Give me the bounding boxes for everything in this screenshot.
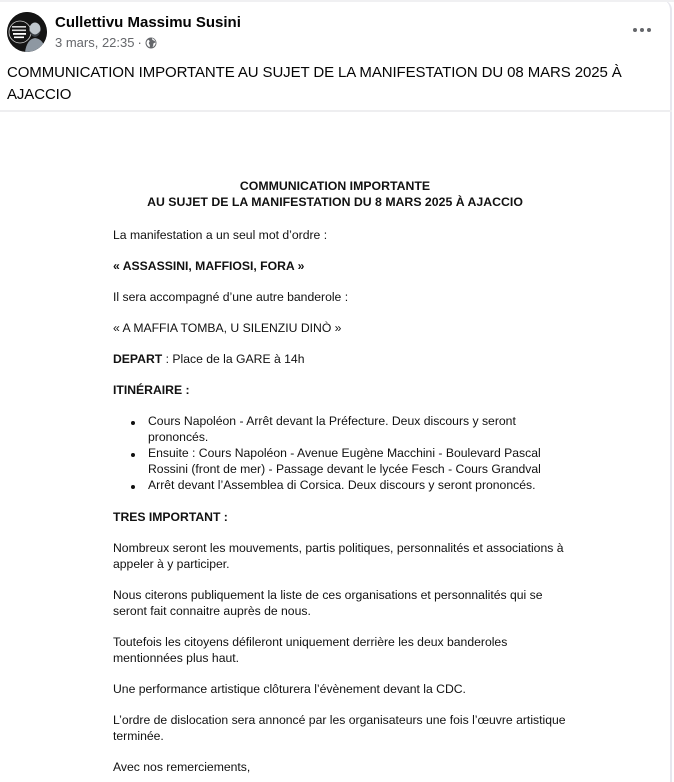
post-meta: 3 mars, 22:35 · (55, 35, 157, 50)
itinerary-item-2-line2: Rossini (front de mer) - Passage devant … (148, 462, 541, 476)
document-intro: La manifestation a un seul mot d’ordre : (113, 228, 327, 242)
paragraph-3-line2: mentionnées plus haut. (113, 651, 239, 665)
post-image-document[interactable]: COMMUNICATION IMPORTANTE AU SUJET DE LA … (0, 112, 670, 782)
paragraph-2-line1: Nous citerons publiquement la liste de c… (113, 588, 543, 602)
important-heading: TRES IMPORTANT : (113, 510, 228, 524)
more-options-button[interactable] (628, 20, 656, 40)
closing-line: Avec nos remerciements, (113, 760, 250, 774)
paragraph-3-line1: Toutefois les citoyens défileront unique… (113, 635, 507, 649)
depart-value: : Place de la GARE à 14h (162, 352, 304, 366)
document-depart: DEPART : Place de la GARE à 14h (113, 352, 304, 366)
timestamp-link[interactable]: 3 mars, 22:35 (55, 35, 135, 50)
depart-label: DEPART (113, 352, 162, 366)
post-text: COMMUNICATION IMPORTANTE AU SUJET DE LA … (7, 62, 647, 106)
avatar[interactable] (7, 12, 47, 52)
more-options-dot (647, 28, 651, 32)
bullet-icon (131, 485, 135, 489)
paragraph-1-line1: Nombreux seront les mouvements, partis p… (113, 541, 564, 555)
document-title-line1: COMMUNICATION IMPORTANTE (0, 179, 670, 193)
bullet-icon (131, 421, 135, 425)
itinerary-item-1-line2: prononcés. (148, 430, 208, 444)
more-options-icon (633, 28, 637, 32)
itinerary-item-2-line1: Ensuite : Cours Napoléon - Avenue Eugène… (148, 446, 541, 460)
paragraph-1-line2: appeler à y participer. (113, 557, 230, 571)
paragraph-4: Une performance artistique clôturera l’é… (113, 682, 466, 696)
post-text-line: AJACCIO (7, 84, 647, 106)
post-text-line: COMMUNICATION IMPORTANTE AU SUJET DE LA … (7, 62, 647, 84)
globe-icon[interactable] (145, 37, 157, 49)
paragraph-5-line2: terminée. (113, 729, 164, 743)
document-slogan: « ASSASSINI, MAFFIOSI, FORA » (113, 259, 304, 273)
document-banner: « A MAFFIA TOMBA, U SILENZIU DINÒ » (113, 321, 341, 335)
paragraph-5-line1: L’ordre de dislocation sera annoncé par … (113, 713, 566, 727)
avatar-image (7, 12, 47, 52)
bullet-icon (131, 453, 135, 457)
document-banner-intro: Il sera accompagné d’une autre banderole… (113, 290, 348, 304)
post-header: Cullettivu Massimu Susini 3 mars, 22:35 … (0, 0, 672, 60)
itinerary-heading: ITINÉRAIRE : (113, 383, 190, 397)
itinerary-item-1-line1: Cours Napoléon - Arrêt devant la Préfect… (148, 414, 516, 428)
document-title-line2: AU SUJET DE LA MANIFESTATION DU 8 MARS 2… (0, 195, 670, 209)
more-options-dot (640, 28, 644, 32)
meta-separator: · (138, 35, 142, 50)
author-name-link[interactable]: Cullettivu Massimu Susini (55, 14, 241, 31)
itinerary-item-3-line1: Arrêt devant l’Assemblea di Corsica. Deu… (148, 478, 535, 492)
facebook-post-card: Cullettivu Massimu Susini 3 mars, 22:35 … (0, 0, 672, 782)
paragraph-2-line2: seront fait connaitre auprès de nous. (113, 604, 311, 618)
